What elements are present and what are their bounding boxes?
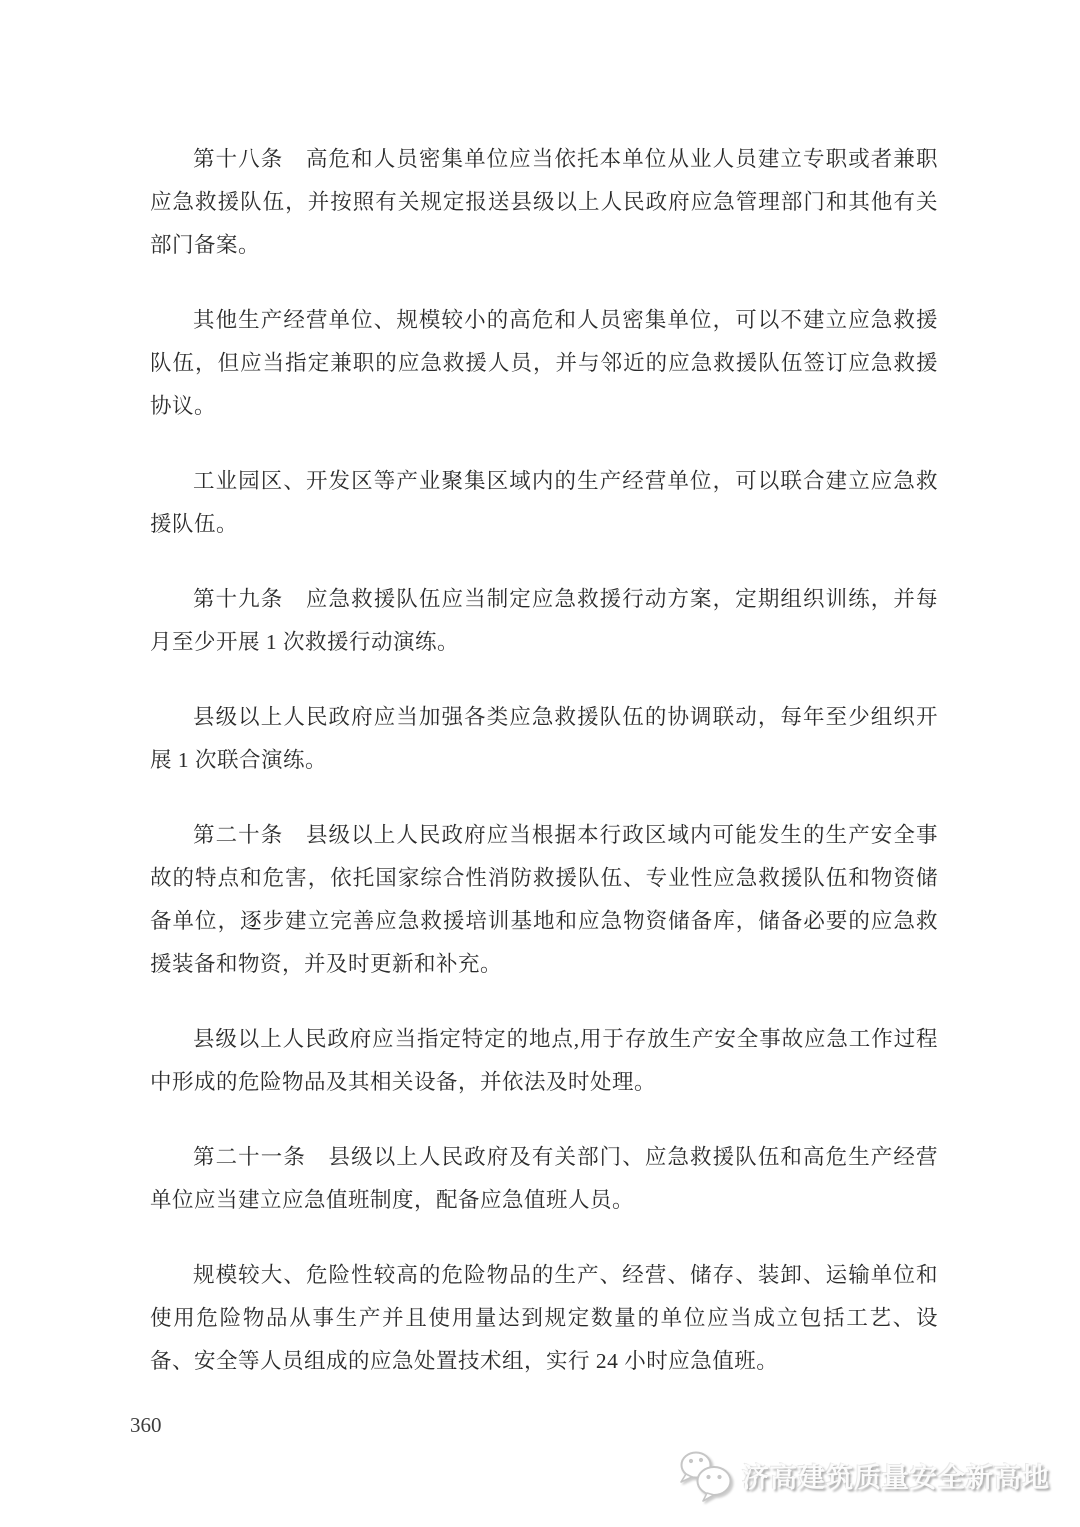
document-paragraph: 县级以上人民政府应当加强各类应急救援队伍的协调联动，每年至少组织开展 1 次联合… bbox=[150, 696, 938, 782]
document-paragraph-article-18: 第十八条 高危和人员密集单位应当依托本单位从业人员建立专职或者兼职应急救援队伍，… bbox=[150, 138, 938, 267]
document-page: 第十八条 高危和人员密集单位应当依托本单位从业人员建立专职或者兼职应急救援队伍，… bbox=[0, 0, 1080, 1527]
document-body: 第十八条 高危和人员密集单位应当依托本单位从业人员建立专职或者兼职应急救援队伍，… bbox=[150, 138, 938, 1415]
document-paragraph-article-19: 第十九条 应急救援队伍应当制定应急救援行动方案，定期组织训练，并每月至少开展 1… bbox=[150, 578, 938, 664]
document-paragraph: 工业园区、开发区等产业聚集区域内的生产经营单位，可以联合建立应急救援队伍。 bbox=[150, 460, 938, 546]
document-paragraph-article-20: 第二十条 县级以上人民政府应当根据本行政区域内可能发生的生产安全事故的特点和危害… bbox=[150, 814, 938, 986]
footer-watermark: 济高建筑质量安全新高地 bbox=[676, 1448, 1050, 1502]
document-paragraph: 县级以上人民政府应当指定特定的地点,用于存放生产安全事故应急工作过程中形成的危险… bbox=[150, 1018, 938, 1104]
page-number: 360 bbox=[130, 1413, 162, 1438]
wechat-icon bbox=[676, 1448, 734, 1502]
document-paragraph: 规模较大、危险性较高的危险物品的生产、经营、储存、装卸、运输单位和使用危险物品从… bbox=[150, 1254, 938, 1383]
document-paragraph: 其他生产经营单位、规模较小的高危和人员密集单位，可以不建立应急救援队伍，但应当指… bbox=[150, 299, 938, 428]
document-paragraph-article-21: 第二十一条 县级以上人民政府及有关部门、应急救援队伍和高危生产经营单位应当建立应… bbox=[150, 1136, 938, 1222]
footer-brand-text: 济高建筑质量安全新高地 bbox=[742, 1456, 1050, 1495]
